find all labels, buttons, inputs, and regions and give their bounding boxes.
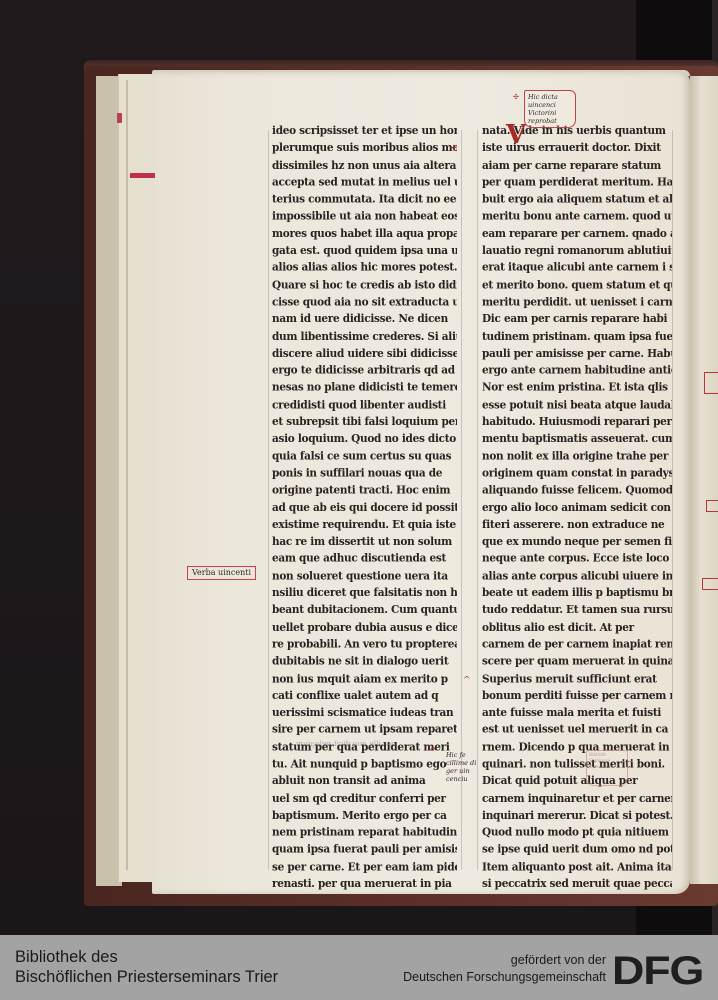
facing-page-red-box bbox=[702, 578, 718, 590]
text-line: existime requirendu. Et quia iste de bbox=[272, 516, 457, 533]
text-line: alios alias alios hic mores potest. bbox=[272, 260, 457, 277]
text-line: eam que adhuc discutienda est bbox=[272, 550, 457, 567]
text-line: nam id uere didicisse. Ne dicen bbox=[272, 311, 457, 328]
text-line: buit ergo aia aliquem statum et aliquod bbox=[482, 191, 672, 208]
text-line: beate ut eadem illis p baptismu bn bbox=[482, 585, 672, 602]
text-line: credidisti quod libenter audisti bbox=[272, 396, 457, 413]
red-caret-mark-icon: ^ bbox=[428, 745, 438, 759]
show-through-text: per ille quo dicit pelagium bbox=[296, 739, 396, 748]
facing-page-edge bbox=[690, 76, 718, 884]
text-line: se per carne. Et per eam iam pide bbox=[272, 858, 457, 875]
dfg-logo: DFG bbox=[612, 955, 718, 987]
marginal-gloss-top: Hic dicta uincenci Victorini reprobat bbox=[524, 90, 576, 128]
gloss-line: uincenci bbox=[528, 101, 572, 109]
text-line: esse potuit nisi beata atque laudabilis bbox=[482, 396, 672, 413]
text-line: dubitabis ne sit in dialogo uerit bbox=[272, 653, 457, 670]
gloss-line: cillime di bbox=[446, 759, 490, 767]
text-line: tudinem pristinam. quam ipsa fuerat bbox=[482, 328, 672, 345]
library-name: Bibliothek des Bischöflichen Priestersem… bbox=[15, 947, 278, 987]
red-cross-mark-icon: ✣ bbox=[513, 93, 519, 101]
text-line: ergo te didicisse arbitraris qd ad hic bbox=[272, 362, 457, 379]
text-line: Dic eam per carnis reparare habi bbox=[482, 311, 672, 328]
text-line: aiam per carne reparare statum bbox=[482, 157, 672, 174]
gloss-line: Hic dicta bbox=[528, 93, 572, 101]
text-line: inquinari mererur. Dicat si potest. bbox=[482, 807, 672, 824]
text-line: que ex mundo neque per semen fiant. bbox=[482, 533, 672, 550]
text-line: tudo reddatur. Et tamen sua rursus bbox=[482, 602, 672, 619]
text-line: ante fuisse mala merita et fuisti bbox=[482, 704, 672, 721]
text-line: renasti. per qua meruerat in pia bbox=[272, 876, 457, 893]
text-line: nesas no plane didicisti te temere bbox=[272, 379, 457, 396]
text-line: quinari. non tulisset meriti boni. bbox=[482, 756, 672, 773]
text-line: pauli per amisisse per carne. Habuit bbox=[482, 345, 672, 362]
text-line: beant dubitacionem. Cum quantu bbox=[272, 602, 457, 619]
text-line: rnem. Dicendo p qua meruerat in bbox=[482, 739, 672, 756]
text-line: bonum perditi fuisse per carnem nuc bbox=[482, 687, 672, 704]
text-line: ad que ab eis qui docere id possit bbox=[272, 499, 457, 516]
text-line: Quod nullo modo pt quia nitiuem bbox=[482, 824, 672, 841]
text-line: non ius mquit aiam ex merito p bbox=[272, 670, 457, 687]
text-line: dum libentissime crederes. Si aliud a bbox=[272, 328, 457, 345]
text-line: dissimiles hz non unus aia altera bbox=[272, 157, 457, 174]
text-line: non nolit ex illa origine trahe per bbox=[482, 448, 672, 465]
text-line: ponis in suffilari nouas qua de bbox=[272, 465, 457, 482]
text-line: uel sm qd creditur conferri per bbox=[272, 790, 457, 807]
text-line: uerissimi scismatice iudeas tran bbox=[272, 704, 457, 721]
gloss-line: reprobat bbox=[528, 117, 572, 125]
text-line: carnem de per carnem inapiat rena bbox=[482, 636, 672, 653]
ruling-line-right bbox=[672, 130, 673, 870]
text-line: mores quos habet illa aqua propa bbox=[272, 225, 457, 242]
text-line: Nor est enim pristina. Et ista qlis bbox=[482, 379, 672, 396]
text-line: asio loquium. Quod no ides dicto bbox=[272, 431, 457, 448]
text-line: aliquando fuisse felicem. Quomodo bbox=[482, 482, 672, 499]
facing-page-red-box bbox=[704, 372, 718, 394]
text-line: alias ante corpus alicubi uiuere in bbox=[482, 568, 672, 585]
text-line: nsiliu diceret que falsitatis non ha bbox=[272, 585, 457, 602]
text-line: et merito bono. quem statum et quod bbox=[482, 277, 672, 294]
ruling-line-left bbox=[268, 130, 269, 870]
text-line: Dicat quid potuit aliqua per bbox=[482, 773, 672, 790]
text-line: se ipse quid uerit dum omo nd pot bbox=[482, 841, 672, 858]
text-line: meritu perdidit. ut uenisset i carne. bbox=[482, 294, 672, 311]
footer-bar: Bibliothek des Bischöflichen Priestersem… bbox=[0, 935, 718, 1000]
funding-line1: gefördert von der bbox=[403, 952, 606, 969]
text-line: quia falsi ce sum certus su quas bbox=[272, 448, 457, 465]
flyleaf-fold bbox=[126, 80, 128, 870]
text-line: si peccatrix sed meruit quae peccatrix bbox=[482, 876, 672, 893]
red-caret-mark-icon: ^ bbox=[463, 676, 471, 686]
text-line: originem quam constat in paradyso bbox=[482, 465, 672, 482]
text-line: Superius meruit sufficiunt erat bbox=[482, 670, 672, 687]
text-line: uellet probare dubia ausus e dice bbox=[272, 619, 457, 636]
text-line: fiteri asserere. non extraduce ne bbox=[482, 516, 672, 533]
text-line: per quam perdiderat meritum. Ha bbox=[482, 174, 672, 191]
text-line: meritu bonu ante carnem. quod uult bbox=[482, 208, 672, 225]
text-line: accepta sed mutat in melius uel ude bbox=[272, 174, 457, 191]
text-column-left: ideo scripsisset ter et ipse un homo ple… bbox=[272, 123, 457, 893]
marginal-gloss-bottom: Hic fe cillime di ger uin cenciu bbox=[446, 751, 490, 783]
library-name-line1: Bibliothek des bbox=[15, 947, 278, 967]
text-column-right: nata. Vide in his uerbis quantum iste ui… bbox=[482, 123, 672, 893]
text-line: plerumque suis moribus alios mores bbox=[272, 140, 457, 157]
library-stamp: Biblioth. Seminarii Trevirensis bbox=[586, 750, 628, 786]
text-line: Item aliquanto post ait. Anima itaque bbox=[482, 858, 672, 875]
gloss-line: Hic fe bbox=[446, 751, 490, 759]
facing-page-red-box bbox=[706, 500, 718, 512]
text-line: gata est. quod quidem ipsa una ut bbox=[272, 242, 457, 259]
text-line: lauatio regni romanorum ablutiuit. Hic bbox=[482, 242, 672, 259]
text-line: ergo ante carnem habitudine antiquam. bbox=[482, 362, 672, 379]
text-line: carnem inquinaretur et per carnem bbox=[482, 790, 672, 807]
text-line: abluit non transit ad anima bbox=[272, 773, 457, 790]
text-line: quam ipsa fuerat pauli per amisis bbox=[272, 841, 457, 858]
funding-credit: gefördert von der Deutschen Forschungsge… bbox=[403, 952, 606, 986]
marginal-gloss-verba-vincentii: Verba uincenti bbox=[187, 566, 256, 580]
text-line: nem pristinam reparat habitudine bbox=[272, 824, 457, 841]
flyleaf-stack bbox=[118, 74, 154, 882]
text-line: sire per carnem ut ipsam reparet bbox=[272, 722, 457, 739]
red-tab-marker bbox=[130, 173, 155, 178]
red-tab-marker-small bbox=[117, 113, 122, 123]
gloss-line: ger uin bbox=[446, 767, 490, 775]
text-line: neque ante corpus. Ecce iste loco uult bbox=[482, 550, 672, 567]
text-line: scere per quam meruerat in quinari bbox=[482, 653, 672, 670]
red-cross-mark-icon: ✣ bbox=[451, 144, 457, 152]
gloss-line: Victorini bbox=[528, 109, 572, 117]
text-line: discere aliud uidere sibi didicisse. di bbox=[272, 345, 457, 362]
funding-line2: Deutschen Forschungsgemeinschaft bbox=[403, 969, 606, 986]
text-line: impossibile ut aia non habeat eos bbox=[272, 208, 457, 225]
text-line: non solueret questione uera ita bbox=[272, 568, 457, 585]
text-line: eam reparare per carnem. qnado ad co bbox=[482, 225, 672, 242]
text-line: habitudo. Huiusmodi reparari per sacra bbox=[482, 414, 672, 431]
text-line: Quare si hoc te credis ab isto didi bbox=[272, 277, 457, 294]
text-line: est ut uenisset uel meruerit in ca bbox=[482, 722, 672, 739]
text-line: erat itaque alicubi ante carnem i statu bbox=[482, 260, 672, 277]
text-line: cati conflixe ualet autem ad q bbox=[272, 687, 457, 704]
text-line: oblitus alio est dicit. At per bbox=[482, 619, 672, 636]
text-line: mentu baptismatis asseuerat. cum bbox=[482, 431, 672, 448]
text-line: cisse quod aia no sit extraducta un bbox=[272, 294, 457, 311]
text-line: hac re im dissertit ut non solum bbox=[272, 533, 457, 550]
text-line: terius commutata. Ita dicit no ee bbox=[272, 191, 457, 208]
stamp-line: Trevirensis bbox=[589, 765, 625, 771]
text-line: ergo alio loco animam sedicit con bbox=[482, 499, 672, 516]
decorated-initial-v: V bbox=[506, 120, 526, 150]
text-line: et subrepsit tibi falsi loquium persu bbox=[272, 414, 457, 431]
text-line: ideo scripsisset ter et ipse un homo bbox=[272, 123, 457, 140]
library-name-line2: Bischöflichen Priesterseminars Trier bbox=[15, 967, 278, 987]
text-line: re probabili. An vero tu propterea bbox=[272, 636, 457, 653]
gloss-line: cenciu bbox=[446, 775, 490, 783]
text-line: baptismum. Merito ergo per ca bbox=[272, 807, 457, 824]
text-line: origine patenti tracti. Hoc enim bbox=[272, 482, 457, 499]
